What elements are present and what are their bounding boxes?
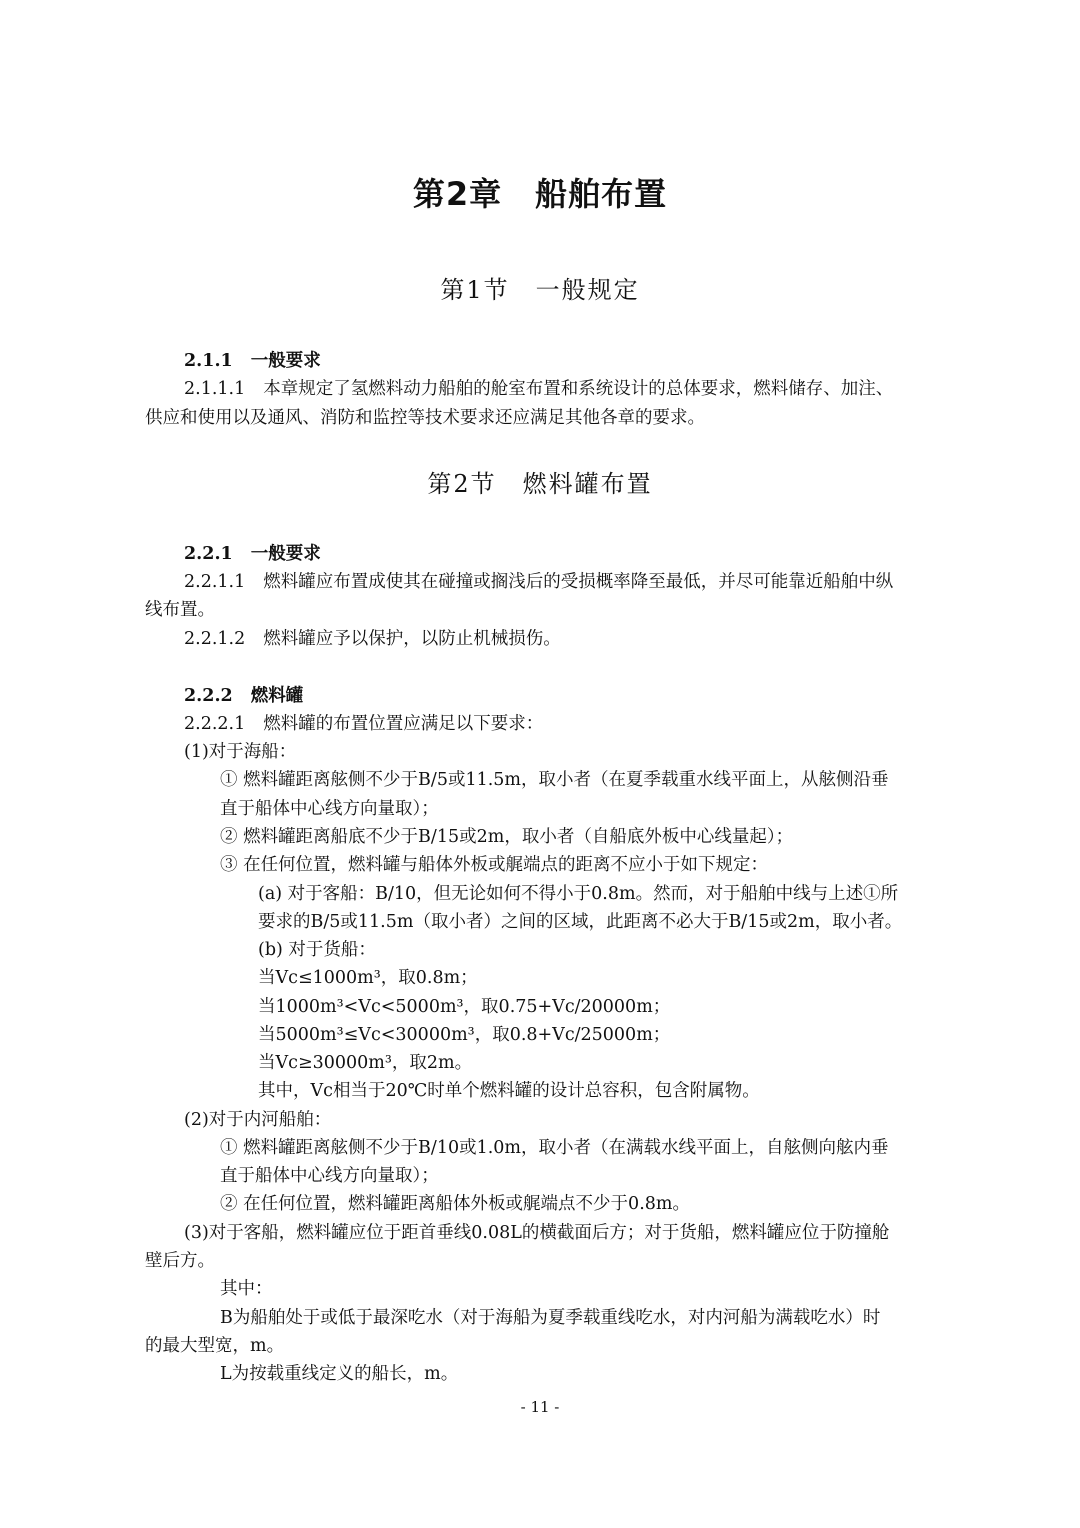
section-2-title: 第2节 燃料罐布置 bbox=[0, 466, 1080, 502]
item-sea-3a-cont: 要求的B/5或11.5m（取小者）之间的区域，此距离不必大于B/15或2m，取小… bbox=[258, 908, 902, 936]
cargo-rule-1: 当Vc≤1000m³，取0.8m； bbox=[258, 964, 478, 992]
item-sea-1-cont: 直于船体中心线方向量取）； bbox=[220, 795, 439, 823]
definition-B: B为船舶处于或低于最深吃水（对于海船为夏季载重线吃水，对内河船为满载吃水）时 bbox=[220, 1304, 880, 1332]
cargo-rule-4: 当Vc≥30000m³，取2m。 bbox=[258, 1049, 472, 1077]
item-sea-3: ③ 在任何位置，燃料罐与船体外板或艉端点的距离不应小于如下规定： bbox=[220, 851, 768, 879]
definition-B-cont: 的最大型宽，m。 bbox=[145, 1332, 284, 1360]
clause-2-1-1-1: 2.1.1.1本章规定了氢燃料动力船舶的舱室布置和系统设计的总体要求，燃料储存、… bbox=[184, 375, 893, 403]
item-location: (3)对于客船，燃料罐应位于距首垂线0.08L的横截面后方；对于货船，燃料罐应位… bbox=[184, 1219, 889, 1247]
item-inland-2: ② 在任何位置，燃料罐距离船体外板或艉端点不少于0.8m。 bbox=[220, 1190, 690, 1218]
section-1-title: 第1节 一般规定 bbox=[0, 272, 1080, 308]
clause-2-2-1-2: 2.2.1.2燃料罐应予以保护，以防止机械损伤。 bbox=[184, 625, 561, 653]
definitions-label: 其中： bbox=[220, 1275, 273, 1303]
item-sea-3b-label: (b) 对于货船： bbox=[258, 936, 376, 964]
item-sea-1: ① 燃料罐距离舷侧不少于B/5或11.5m，取小者（在夏季载重水线平面上，从舷侧… bbox=[220, 766, 889, 794]
clause-2-2-2-1: 2.2.2.1燃料罐的布置位置应满足以下要求： bbox=[184, 710, 543, 738]
item-sea-3a: (a) 对于客船：B/10，但无论如何不得小于0.8m。然而，对于船舶中线与上述… bbox=[258, 880, 898, 908]
item-sea-2: ② 燃料罐距离船底不少于B/15或2m，取小者（自船底外板中心线量起）； bbox=[220, 823, 793, 851]
subsection-2-2-2-heading: 2.2.2燃料罐 bbox=[184, 682, 303, 710]
page-number: - 11 - bbox=[0, 1398, 1080, 1416]
subsection-2-2-1-heading: 2.2.1一般要求 bbox=[184, 540, 321, 568]
subsection-2-1-1-heading: 2.1.1一般要求 bbox=[184, 347, 321, 375]
clause-2-2-1-1: 2.2.1.1燃料罐应布置成使其在碰撞或搁浅后的受损概率降至最低，并尽可能靠近船… bbox=[184, 568, 893, 596]
clause-2-2-1-1-cont: 线布置。 bbox=[145, 596, 215, 624]
item-sea-going-label: (1)对于海船： bbox=[184, 738, 296, 766]
cargo-rule-2: 当1000m³<Vc<5000m³，取0.75+Vc/20000m； bbox=[258, 993, 670, 1021]
item-inland-1: ① 燃料罐距离舷侧不少于B/10或1.0m，取小者（在满载水线平面上，自舷侧向舷… bbox=[220, 1134, 889, 1162]
cargo-rule-3: 当5000m³≤Vc<30000m³，取0.8+Vc/25000m； bbox=[258, 1021, 670, 1049]
item-inland-1-cont: 直于船体中心线方向量取）； bbox=[220, 1162, 439, 1190]
item-location-cont: 壁后方。 bbox=[145, 1247, 215, 1275]
chapter-title: 第2章 船舶布置 bbox=[0, 170, 1080, 218]
vc-note: 其中，Vc相当于20℃时单个燃料罐的设计总容积，包含附属物。 bbox=[258, 1077, 760, 1105]
definition-L: L为按载重线定义的船长，m。 bbox=[220, 1360, 458, 1388]
item-inland-label: (2)对于内河船舶： bbox=[184, 1106, 331, 1134]
clause-2-1-1-1-cont: 供应和使用以及通风、消防和监控等技术要求还应满足其他各章的要求。 bbox=[145, 404, 705, 432]
